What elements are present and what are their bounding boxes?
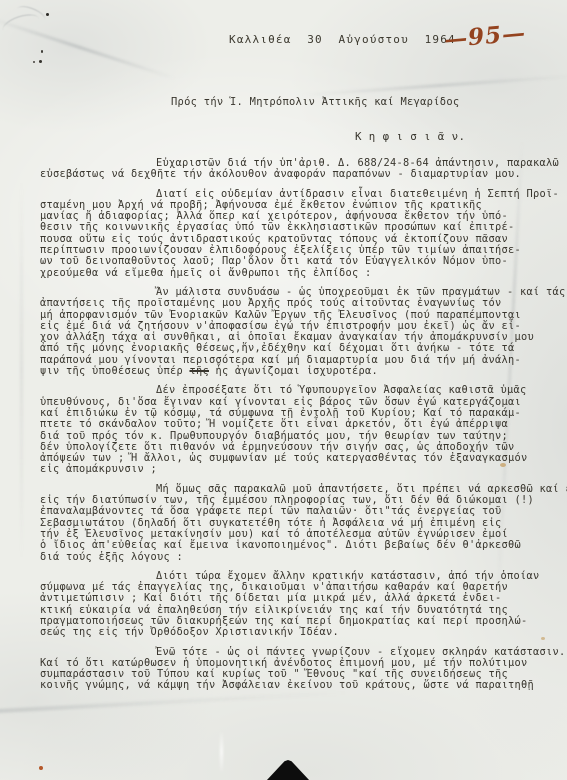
paragraph: Εὐχαριστῶν διά τήν ὑπ'ἀριθ. Δ. 688/24-8-… — [40, 158, 552, 181]
stain-speck — [39, 766, 43, 770]
text-line: εἰς ἀπομάκρυνσιν ; — [40, 464, 552, 475]
text-line: ἐπαναλαμβάνοντες τά ὅσα γράφετε περί τῶν… — [40, 506, 552, 517]
text-line: διά τούς ἑξῆς λόγους : — [40, 552, 552, 563]
ink-speck — [39, 60, 42, 63]
ink-speck — [41, 50, 43, 53]
paragraph: Δέν ἐπροσέξατε ὅτι τό Ὑφυπουργεῖον Ἀσφαλ… — [40, 385, 552, 475]
paper-crease — [220, 730, 223, 774]
text-line: χρεούμεθα νά εἴμεθα ἡμεῖς οἱ ἄνθρωποι τῆ… — [40, 268, 552, 279]
recipient-city-line: Κ η φ ι σ ι ᾶ ν. — [355, 130, 465, 143]
paragraph: Διατί εἰς οὐδεμίαν ἀντίδρασιν εἶναι διατ… — [40, 189, 552, 279]
recipient-line: Πρός τήν Ἱ. Μητρόπολιν Ἀττικῆς καί Μεγαρ… — [171, 96, 459, 108]
pencil-scribble — [2, 6, 62, 46]
paper-crease — [0, 15, 176, 80]
paragraph: Ἄν μάλιστα συνδυάσω - ὡς ὑποχρεοῦμαι ἐκ … — [40, 287, 552, 377]
text-line: ων τοῦ δεινοπαθοῦντος λαοῦ; Παρ'ὅλον ὅτι… — [40, 256, 552, 267]
text-line: εὐσεβάστως νά δεχθῆτε τήν ἀκόλουθον ἀναφ… — [40, 169, 552, 180]
text-line: ὁ ἴδιος ἀπ'εὐθείας καί ἔμεινα ἱκανοποιημ… — [40, 540, 552, 551]
ink-speck — [33, 61, 35, 63]
paragraph: Διότι τώρα ἔχομεν ἄλλην κρατικήν κατάστα… — [40, 571, 552, 639]
text-line: σεώς της εἰς τήν Ὀρθόδοξον Χριστιανικήν … — [40, 627, 552, 638]
letter-body: Εὐχαριστῶν διά τήν ὑπ'ἀριθ. Δ. 688/24-8-… — [40, 158, 552, 692]
date-line: Καλλιθέα 30 Αὐγούστου 1964 — [229, 33, 456, 46]
text-line: πτετε τό σκάνδαλον τοῦτο; Ἤ νομίζετε ὅτι… — [40, 419, 552, 430]
paper-crease — [300, 74, 567, 97]
text-line: κοινῆς γνώμης, νά κάμψη τήν Ἀσφάλειαν ἐκ… — [40, 680, 552, 691]
handwritten-page-number: —95— — [443, 18, 545, 54]
paragraph: Μή ὅμως σᾶς παρακαλῶ μοῦ ἀπαντήσετε, ὅτι… — [40, 484, 552, 563]
scanned-letter-page: Καλλιθέα 30 Αὐγούστου 1964 —95— Πρός τήν… — [0, 0, 567, 780]
paper-crease — [20, 180, 23, 560]
bottom-corner-mark — [266, 760, 310, 780]
text-line: ψιν τῆς ὑποθέσεως ὑπέρ τῆς ἧς ἀγωνίζομαι… — [40, 366, 552, 377]
text-line: ἀπαντήσεις τῆς προϊσταμένης μου Ἀρχῆς πρ… — [40, 298, 552, 309]
text-line: ἀντιμετώπισιν ; Καί διότι τῆς δίδεται μί… — [40, 593, 552, 604]
ink-speck — [46, 13, 49, 16]
text-line: Δέν ἐπροσέξατε ὅτι τό Ὑφυπουργεῖον Ἀσφαλ… — [40, 385, 552, 396]
paper-crease — [0, 691, 350, 714]
paragraph: Ἐνῶ τότε - ὡς οἱ πάντες γνωρίζουν - εἴχο… — [40, 647, 552, 692]
